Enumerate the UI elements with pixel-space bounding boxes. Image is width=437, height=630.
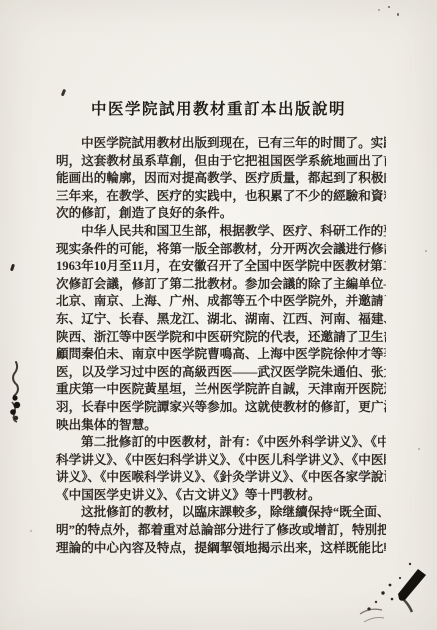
text-line: 东、辽宁、长春、黑龙江、湖北、湖南、江西、河南、福建、安徽、云南、 — [56, 311, 386, 329]
text-line: 1963年10月至11月，在安徽召开了全国中医学院中医教材第二 — [56, 258, 386, 276]
margin-ink-scribble-mark — [4, 358, 30, 426]
text-line: 次修訂会議，修訂了第二批教材。参加会議的除了主編单位—— — [56, 276, 386, 294]
text-line: 三年来，在教学、医疗的实践中，也积累了不少的經驗和資料，为这 — [56, 188, 386, 206]
top-left-ink-tick-mark — [61, 89, 66, 96]
left-edge-ink-dot-mark — [10, 264, 15, 272]
text-line: 明，这套教材虽系草創，但由于它把祖国医学系統地画出了前所未 — [56, 153, 386, 171]
paper-speck — [397, 13, 399, 16]
text-line: 《中国医学史讲义》、《古文讲义》等十門教材。 — [56, 487, 386, 505]
text-line: 医，以及学习过中医的高級西医——武汉医学院朱通伯、张大剑， — [56, 364, 386, 382]
text-line: 顧問秦伯未、南京中医学院曹鳴高、上海中医学院徐仲才等著名中 — [56, 346, 386, 364]
paragraph: 中华人民共和国卫生部，根据教学、医疗、科研工作的要求和现实条件的可能，将第一版全… — [56, 223, 386, 434]
paper-speck — [388, 6, 390, 8]
paragraph: 这批修訂的教材，以臨床課較多，除继續保持“既全面、又簡明”的特点外，都着重对总論… — [56, 504, 386, 557]
corner-ink-smudge-mark — [352, 552, 437, 630]
text-line: 中华人民共和国卫生部，根据教学、医疗、科研工作的要求和 — [56, 223, 386, 241]
text-line: 这批修訂的教材，以臨床課較多，除继續保持“既全面、又簡 — [56, 504, 386, 522]
paragraph: 第二批修訂的中医教材，計有：《中医外科学讲义》、《中医伤科学讲义》、《中医妇科学… — [56, 434, 386, 504]
paper-speck — [418, 448, 420, 450]
paper-speck — [30, 530, 32, 532]
text-line: 讲义》、《中医喉科学讲义》、《針灸学讲义》、《中医各家学說讲义》、 — [56, 469, 386, 487]
text-line: 羽，长春中医学院譚家兴等参加。这就使教材的修訂，更广泛地反 — [56, 399, 386, 417]
text-line: 理論的中心內容及特点，提綱挈領地揭示出来，这样既能比較系統 — [56, 540, 386, 558]
text-line: 能画出的輪廓，因而对提高教学、医疗质量，都起到了积极的作用。 — [56, 170, 386, 188]
paragraph: 中医学院試用教材出版到现在，已有三年的时間了。实践証明，这套教材虽系草創，但由于… — [56, 135, 386, 223]
text-line: 陕西、浙江等中医学院和中医研究院的代表，还邀請了卫生部中医 — [56, 329, 386, 347]
paper-speck — [378, 9, 380, 11]
text-line: 中医学院試用教材出版到现在，已有三年的时間了。实践証 — [56, 135, 386, 153]
document-body: 中医学院試用教材出版到现在，已有三年的时間了。实践証明，这套教材虽系草創，但由于… — [56, 135, 386, 557]
text-line: 北京、南京、上海、广州、成都等五个中医学院外，并邀請了天津、山 — [56, 293, 386, 311]
page-title: 中医学院試用教材重訂本出版說明 — [0, 97, 437, 119]
text-line: 映出集体的智慧。 — [56, 417, 386, 435]
text-line: 明”的特点外，都着重对总論部分进行了修改或增訂，特別把各科 — [56, 522, 386, 540]
text-line: 重庆第一中医院黃星垣，兰州医学院許自誠，天津南开医院边天 — [56, 381, 386, 399]
scanned-page: 中医学院試用教材重訂本出版說明 中医学院試用教材出版到现在，已有三年的时間了。实… — [0, 0, 437, 630]
text-line: 科学讲义》、《中医妇科学讲义》、《中医儿科学讲义》、《中医眼科学 — [56, 452, 386, 470]
text-line: 次的修訂，創造了良好的条件。 — [56, 205, 386, 223]
text-line: 现实条件的可能，将第一版全部教材，分开两次会議进行修訂。于 — [56, 241, 386, 259]
text-line: 第二批修訂的中医教材，計有：《中医外科学讲义》、《中医伤 — [56, 434, 386, 452]
paper-speck — [425, 250, 427, 252]
